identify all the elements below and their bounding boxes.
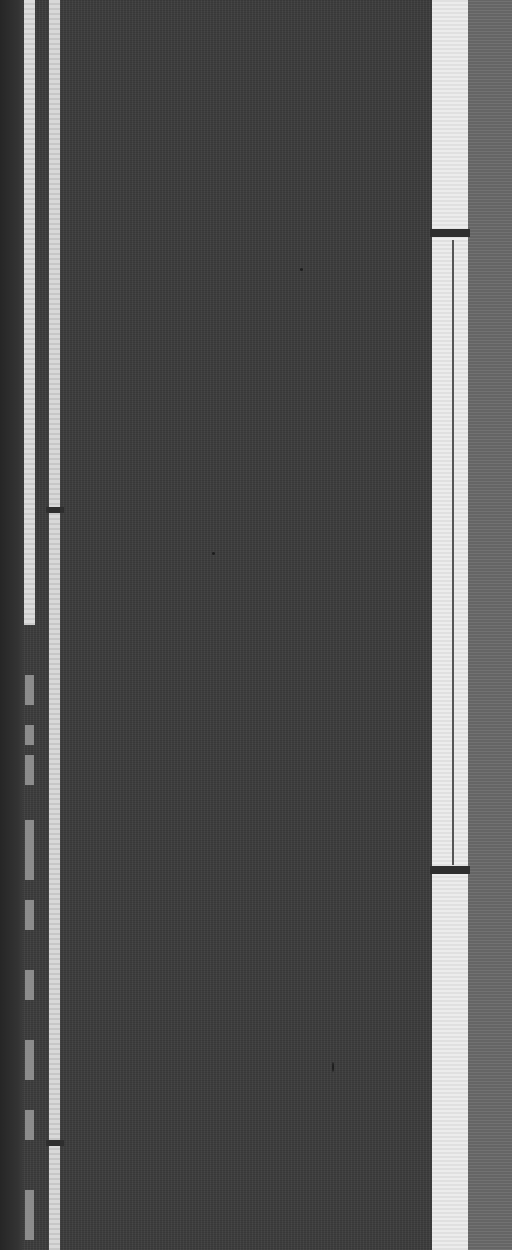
- worn-marking: [25, 970, 34, 1000]
- edge-line-joint: [430, 866, 470, 874]
- pavement-crack: [332, 1062, 334, 1072]
- pavement-spot: [212, 552, 215, 555]
- left-line-joint: [46, 1140, 64, 1146]
- road-scene: Top-down view of asphalt road pavement w…: [0, 0, 512, 1250]
- edge-line-joint: [430, 229, 470, 237]
- road-left-edge: [0, 0, 22, 1250]
- right-edge-line: [432, 0, 468, 1250]
- worn-marking: [25, 900, 34, 930]
- worn-marking: [25, 675, 34, 705]
- left-inner-lane-line: [49, 0, 60, 1250]
- worn-marking: [25, 1110, 34, 1140]
- worn-marking: [25, 725, 34, 745]
- left-line-joint: [46, 507, 64, 513]
- worn-marking: [25, 1190, 34, 1240]
- worn-marking: [25, 820, 34, 880]
- worn-marking: [25, 755, 34, 785]
- worn-marking: [25, 1040, 34, 1080]
- edge-line-seam: [452, 240, 454, 865]
- pavement-spot: [300, 268, 303, 271]
- road-shoulder: [468, 0, 512, 1250]
- left-outer-lane-line: [24, 0, 35, 625]
